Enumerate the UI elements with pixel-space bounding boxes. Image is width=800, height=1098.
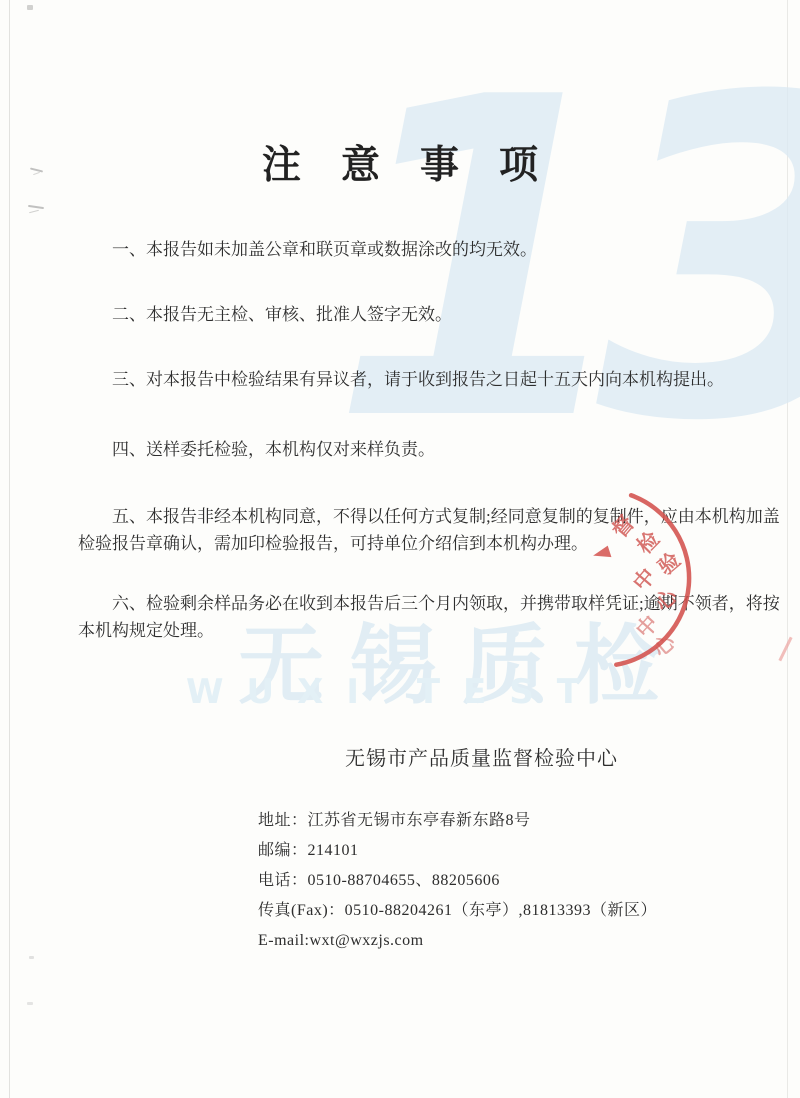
- page-title: 注意事项: [0, 134, 800, 190]
- contact-line-email: E-mail:wxt@wxzjs.com: [258, 926, 657, 956]
- notice-item-6: 六、检验剩余样品务必在收到本报告后三个月内领取，并携带取样凭证;逾期不领者，将按…: [78, 590, 788, 644]
- org-name: 无锡市产品质量监督检验中心: [345, 742, 618, 771]
- notice-item-2: 二、本报告无主检、审核、批准人签字无效。: [78, 301, 788, 328]
- contact-line-postcode: 邮编：214101: [258, 836, 657, 866]
- scan-speck: [29, 956, 34, 959]
- contact-block: 地址：江苏省无锡市东亭春新东路8号 邮编：214101 电话：0510-8870…: [258, 806, 657, 956]
- notice-item-1: 一、本报告如未加盖公章和联页章或数据涂改的均无效。: [78, 236, 788, 263]
- contact-line-phone: 电话：0510-88704655、88205606: [258, 866, 657, 896]
- scan-speck: [27, 1002, 33, 1005]
- contact-line-fax: 传真(Fax)：0510-88204261（东亭）,81813393（新区）: [258, 896, 657, 926]
- pencil-mark: [29, 210, 39, 213]
- notice-item-5: 五、本报告非经本机构同意，不得以任何方式复制;经同意复制的复制件，应由本机构加盖…: [78, 503, 788, 557]
- pencil-mark: [28, 205, 44, 209]
- notice-item-3: 三、对本报告中检验结果有异议者，请于收到报告之日起十五天内向本机构提出。: [78, 366, 788, 393]
- contact-line-address: 地址：江苏省无锡市东亭春新东路8号: [258, 806, 657, 836]
- scanned-document-page: 13 无锡质检 WUXI TEST 注意事项 一、本报告如未加盖公章和联页章或数…: [0, 0, 800, 1098]
- scan-speck: [27, 5, 33, 10]
- notice-item-4: 四、送样委托检验，本机构仅对来样负责。: [78, 436, 788, 463]
- watermark-en-text: WUXI TEST: [186, 672, 603, 712]
